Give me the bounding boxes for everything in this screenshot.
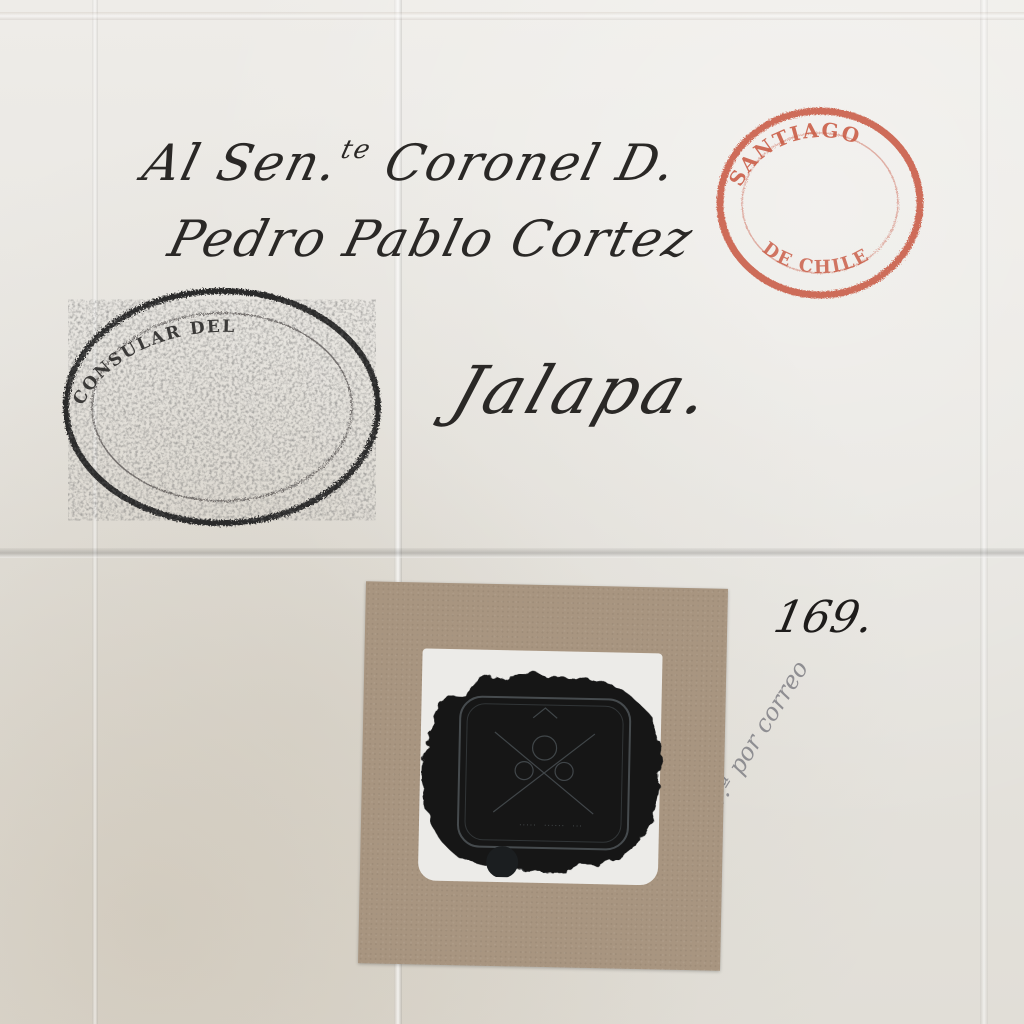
address-line-2: Pedro Pablo Cortez: [131, 201, 930, 277]
rank-text: Coronel D.: [379, 134, 684, 192]
wax-seal: [412, 660, 671, 880]
salutation-text: Al Sen.: [137, 134, 345, 192]
salutation-superscript: te: [338, 135, 375, 165]
address-line-1: Al Sen.te Coronel D.: [129, 112, 931, 201]
destination-city: Jalapa.: [442, 352, 724, 429]
recipient-address: Al Sen.te Coronel D. Pedro Pablo Cortez: [140, 112, 920, 277]
seal-cardboard-frame: ····· ······ ···: [358, 581, 728, 970]
docket-number: 169.: [770, 592, 879, 643]
black-oval-handstamp: CONSULAR DEL: [58, 282, 386, 532]
